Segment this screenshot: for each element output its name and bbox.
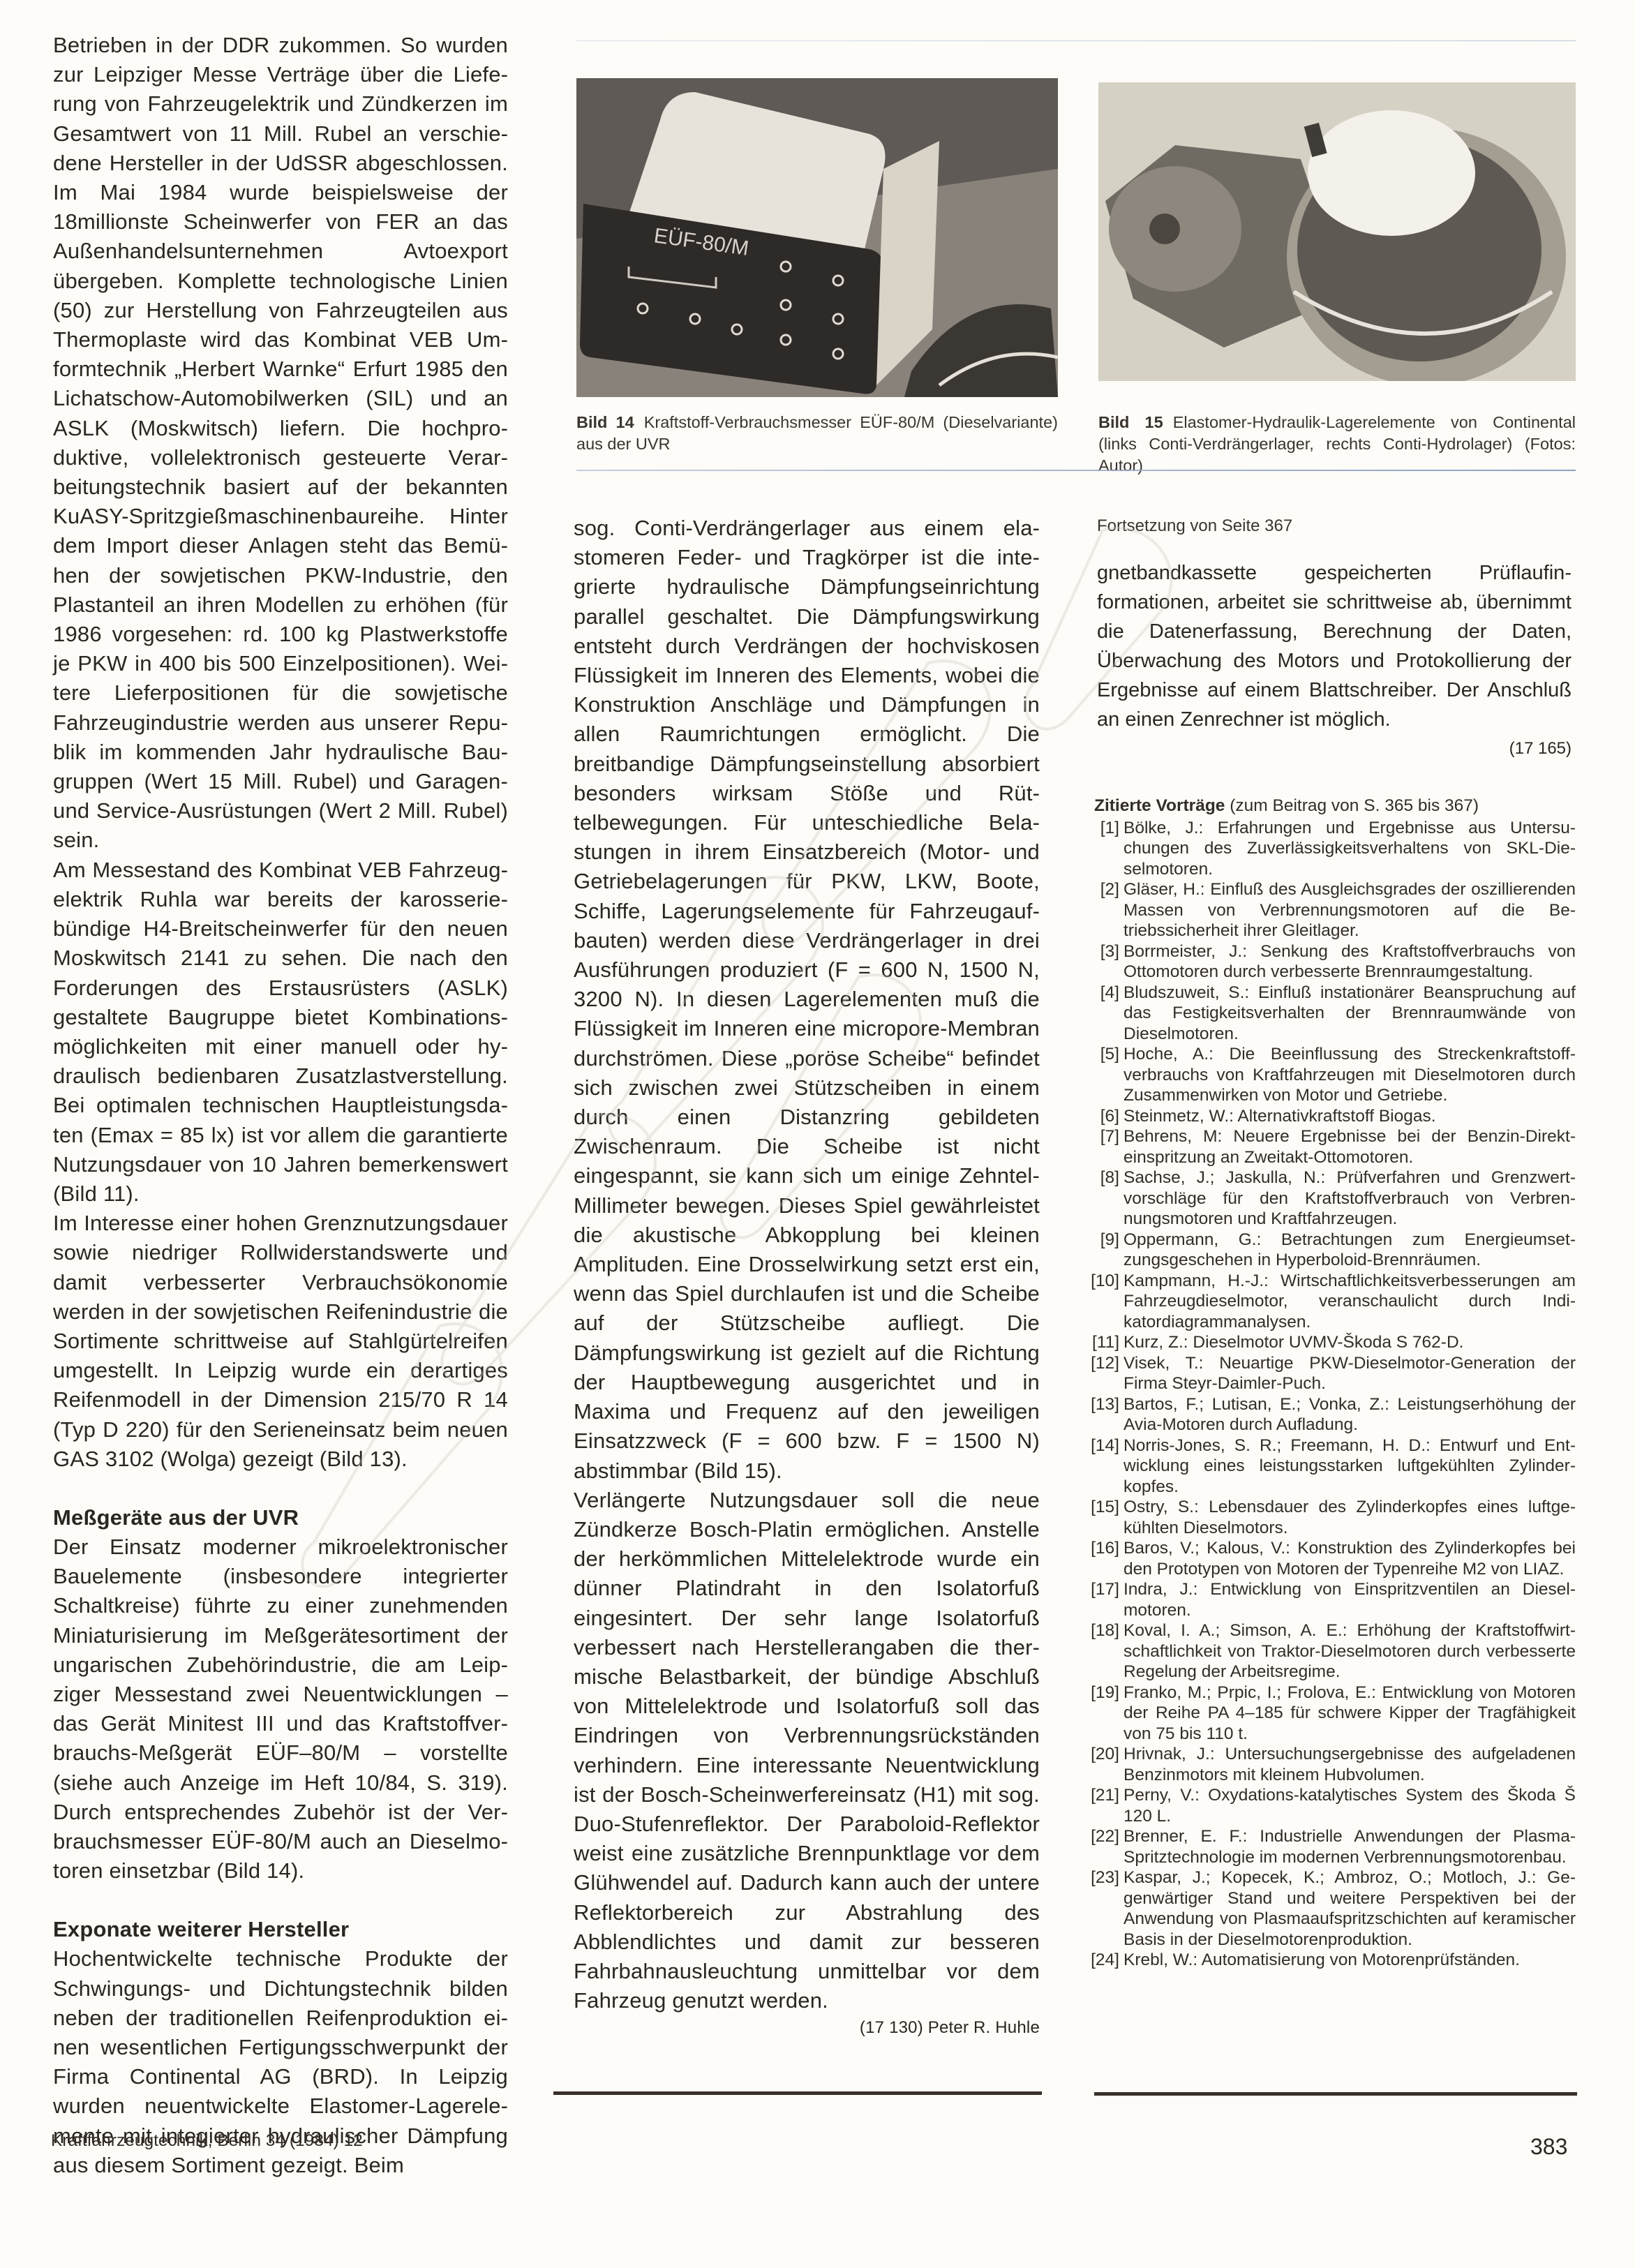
reference-item: [1]Bölke, J.: Erfahrungen und Ergebnisse… <box>1094 818 1576 880</box>
reference-item: [15]Ostry, S.: Lebensdauer des Zylinderk… <box>1094 1497 1576 1538</box>
caption-bild-14: Bild 14Kraftstoff-Verbrauchsmesser EÜF-8… <box>576 412 1058 455</box>
journal-footer: Kraftfahrzeugtechnik, Berlin 34 (1984) 1… <box>51 2131 363 2151</box>
reference-item: [23]Kaspar, J.; Kopecek, K.; Ambroz, O.;… <box>1094 1867 1576 1950</box>
continuation-note: Fortsetzung von Seite 367 <box>1097 516 1292 536</box>
figure-label: Bild 15 <box>1098 413 1163 431</box>
column-end-rule <box>1094 2092 1577 2096</box>
references-heading: Zitierte Vorträge (zum Beitrag von S. 36… <box>1094 796 1576 816</box>
left-column: Betrieben in der DDR zukommen. So wurden… <box>53 31 508 2180</box>
photo-bild-15 <box>1098 82 1576 381</box>
paragraph: Betrieben in der DDR zukommen. So wurden… <box>53 31 508 856</box>
top-rule <box>576 40 1576 41</box>
paragraph: Verlängerte Nutzungsdauer soll die neue … <box>574 1486 1040 2016</box>
author-signoff: (17 130) Peter R. Huhle <box>574 2017 1040 2039</box>
paragraph: gnetbandkassette gespeicherten Prüflaufi… <box>1097 558 1571 734</box>
caption-text: Kraftstoff-Verbrauchsmesser EÜF-80/M (Di… <box>576 413 1058 453</box>
reference-item: [4]Bludszuweit, S.: Einfluß instationäre… <box>1094 983 1576 1045</box>
article-ref-id: (17 165) <box>1097 734 1571 763</box>
photo-bild-14: EÜF-80/M <box>576 78 1058 397</box>
middle-column: sog. Conti-Verdrängerlager aus einem ela… <box>574 514 1040 2039</box>
reference-item: [18]Koval, I. A.; Simson, A. E.: Erhöhun… <box>1094 1620 1576 1683</box>
section-heading-exponate: Exponate weiterer Hersteller <box>53 1915 508 1944</box>
page-number: 383 <box>1530 2134 1567 2160</box>
figure-label: Bild 14 <box>576 413 634 431</box>
section-heading-uvr: Meßgeräte aus der UVR <box>53 1503 508 1532</box>
caption-bild-15: Bild 15Elastomer-Hydraulik-Lagerelemente… <box>1098 412 1576 477</box>
paragraph: sog. Conti-Verdrängerlager aus einem ela… <box>574 514 1040 1486</box>
reference-item: [10]Kampmann, H.-J.: Wirtschaftlichkeits… <box>1094 1271 1576 1333</box>
reference-item: [3]Borrmeister, J.: Senkung des Kraftsto… <box>1094 941 1576 983</box>
reference-item: [7]Behrens, M: Neuere Ergebnisse bei der… <box>1094 1126 1576 1167</box>
right-column-body: gnetbandkassette gespeicherten Prüflaufi… <box>1097 558 1571 763</box>
paragraph: Am Messestand des Kombinat VEB Fahrzeug­… <box>53 856 508 1209</box>
reference-item: [19]Franko, M.; Prpic, I.; Frolova, E.: … <box>1094 1683 1576 1745</box>
paragraph: Der Einsatz moderner mikroelektronischer… <box>53 1532 508 1886</box>
reference-item: [24]Krebl, W.: Automatisierung von Motor… <box>1094 1950 1576 1971</box>
reference-item: [11]Kurz, Z.: Dieselmotor UVMV-Škoda S 7… <box>1094 1332 1576 1353</box>
reference-item: [14]Norris-Jones, S. R.; Freemann, H. D.… <box>1094 1435 1576 1498</box>
reference-item: [12]Visek, T.: Neuartige PKW-Dieselmotor… <box>1094 1353 1576 1394</box>
reference-item: [9]Oppermann, G.: Betrachtungen zum Ener… <box>1094 1230 1576 1271</box>
references-list: Zitierte Vorträge (zum Beitrag von S. 36… <box>1094 796 1576 1971</box>
reference-item: [16]Baros, V.; Kalous, V.: Konstruktion … <box>1094 1538 1576 1579</box>
reference-item: [20]Hrivnak, J.: Untersuchungsergebnisse… <box>1094 1744 1576 1785</box>
reference-item: [13]Bartos, F.; Lutisan, E.; Vonka, Z.: … <box>1094 1394 1576 1435</box>
paragraph: Im Interesse einer hohen Grenznutzungs­d… <box>53 1209 508 1474</box>
reference-item: [21]Perny, V.: Oxydations-katalytisches … <box>1094 1785 1576 1826</box>
caption-text: Elastomer-Hydraulik-Lagerelemente von Co… <box>1098 413 1576 475</box>
column-end-rule <box>553 2091 1042 2095</box>
reference-item: [5]Hoche, A.: Die Beeinflussung des Stre… <box>1094 1044 1576 1106</box>
reference-item: [8]Sachse, J.; Jaskulla, N.: Prüfverfahr… <box>1094 1167 1576 1230</box>
reference-item: [6]Steinmetz, W.: Alternativkraftstoff B… <box>1094 1106 1576 1127</box>
figure-separator-rule <box>576 470 1576 471</box>
fuel-meter-photo-icon: EÜF-80/M <box>576 78 1058 397</box>
reference-item: [17]Indra, J.: Entwicklung von Einspritz… <box>1094 1579 1576 1620</box>
reference-item: [2]Gläser, H.: Einfluß des Ausgleichsgra… <box>1094 879 1576 941</box>
reference-item: [22]Brenner, E. F.: Industrielle Anwendu… <box>1094 1826 1576 1867</box>
elastomer-bearing-photo-icon <box>1098 82 1576 381</box>
